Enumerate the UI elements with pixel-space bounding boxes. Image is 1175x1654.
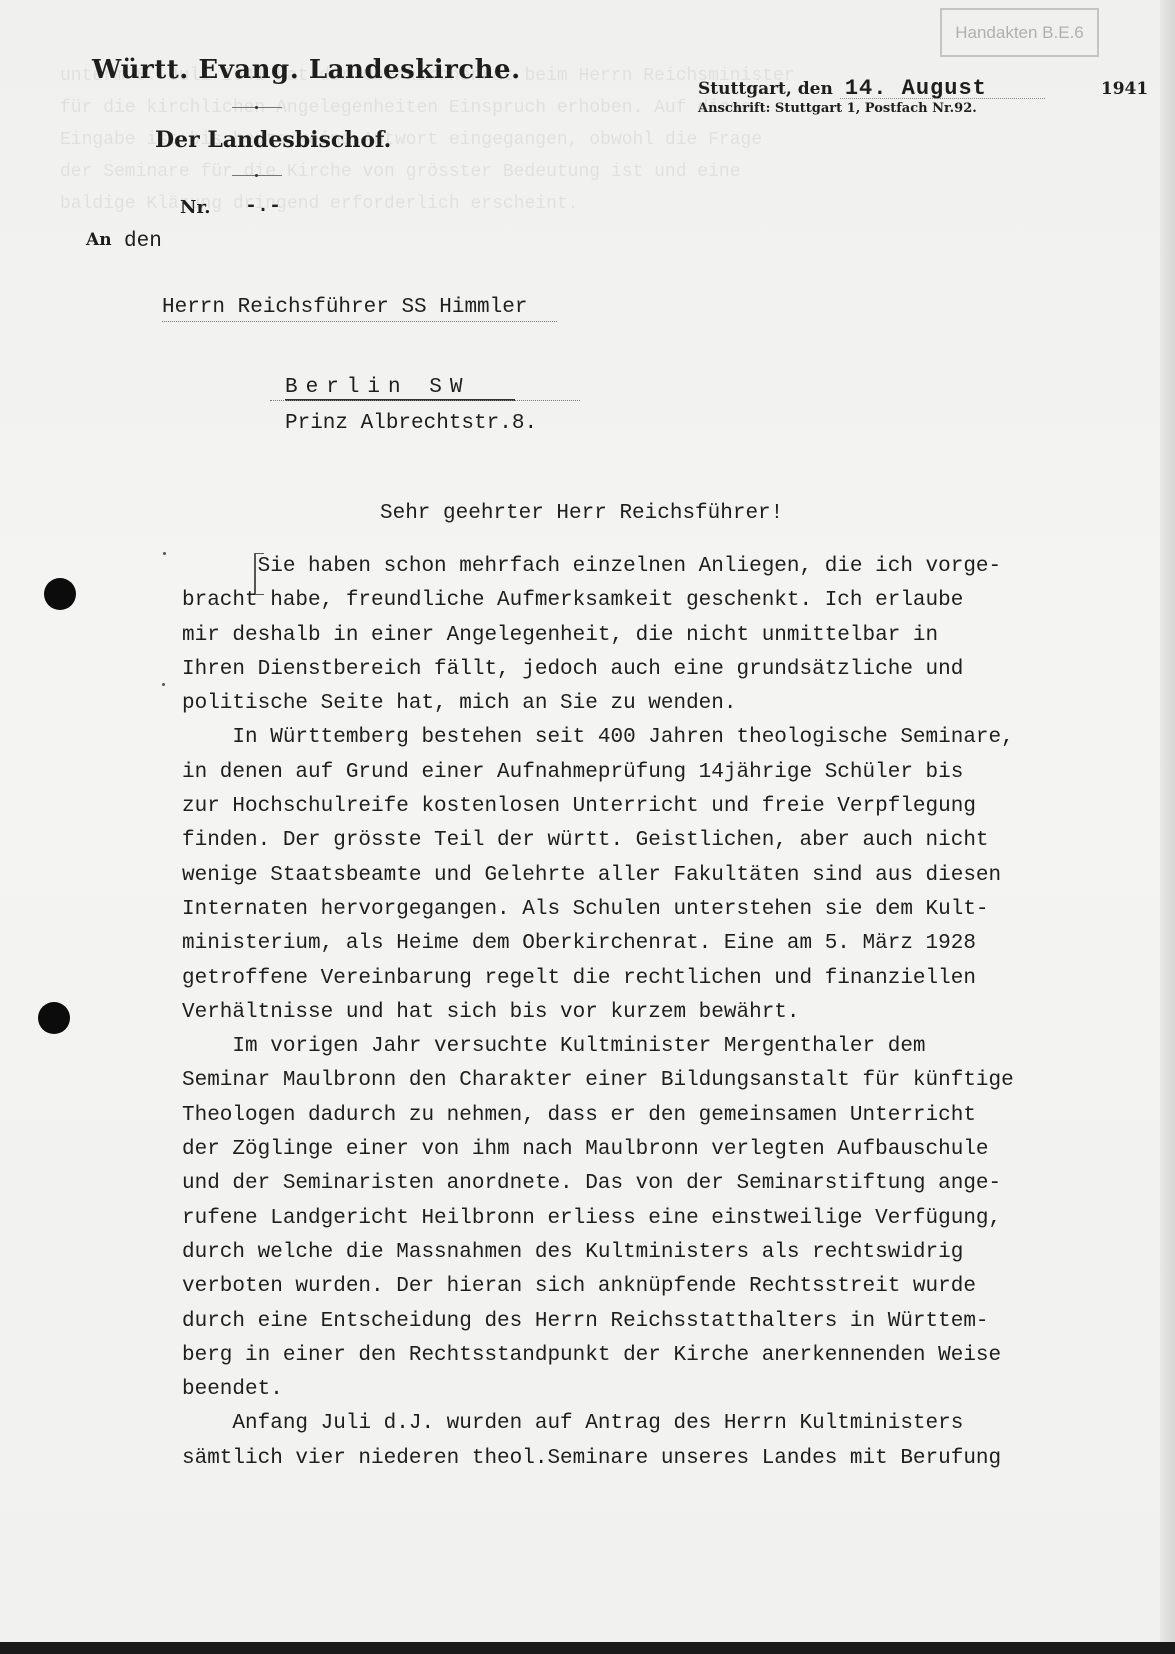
body-line: Sie haben schon mehrfach einzelnen Anlie… xyxy=(182,550,1142,584)
body-line: durch welche die Massnahmen des Kultmini… xyxy=(182,1236,1142,1270)
reference-number-label: Nr. xyxy=(180,197,211,218)
salutation: Sehr geehrter Herr Reichsführer! xyxy=(380,502,783,525)
ink-speck xyxy=(162,683,165,686)
body-line: Seminar Maulbronn den Charakter einer Bi… xyxy=(182,1064,1142,1098)
letter-year: 1941 xyxy=(1101,79,1148,99)
body-line: Im vorigen Jahr versuchte Kultminister M… xyxy=(182,1030,1142,1064)
body-line: mir deshalb in einer Angelegenheit, die … xyxy=(182,619,1142,653)
body-line: wenige Staatsbeamte und Gelehrte aller F… xyxy=(182,859,1142,893)
body-line: und der Seminaristen anordnete. Das von … xyxy=(182,1167,1142,1201)
body-line: bracht habe, freundliche Aufmerksamkeit … xyxy=(182,584,1142,618)
body-line: sämtlich vier niederen theol.Seminare un… xyxy=(182,1442,1142,1476)
body-line: getroffene Vereinbarung regelt die recht… xyxy=(182,962,1142,996)
recipient-street: Prinz Albrechtstr.8. xyxy=(285,412,537,435)
body-line: In Württemberg bestehen seit 400 Jahren … xyxy=(182,721,1142,755)
scan-edge-bottom xyxy=(0,1642,1175,1654)
date-dotted-rule xyxy=(840,98,1045,99)
body-line: rufene Landgericht Heilbronn erliess ein… xyxy=(182,1202,1142,1236)
letterhead-organization: Württ. Evang. Landeskirche. xyxy=(92,55,521,85)
place-label: Stuttgart, den xyxy=(698,79,833,99)
body-line: finden. Der grösste Teil der württ. Geis… xyxy=(182,824,1142,858)
body-line: in denen auf Grund einer Aufnahmeprüfung… xyxy=(182,756,1142,790)
archive-stamp: Handakten B.E.6 xyxy=(940,8,1099,57)
letter-page: unterm 8. Juli 1941 hat der Oberkirchenr… xyxy=(0,0,1160,1642)
body-line: berg in einer den Rechtsstandpunkt der K… xyxy=(182,1339,1142,1373)
body-line: zur Hochschulreife kostenlosen Unterrich… xyxy=(182,790,1142,824)
divider-ornament xyxy=(255,174,258,177)
addressee-article: den xyxy=(124,230,162,253)
postal-address: Anschrift: Stuttgart 1, Postfach Nr.92. xyxy=(698,101,977,116)
punch-hole xyxy=(44,578,76,610)
recipient-city: Berlin SW xyxy=(285,376,515,401)
body-line: verboten wurden. Der hieran sich anknüpf… xyxy=(182,1270,1142,1304)
recipient-name: Herrn Reichsführer SS Himmler xyxy=(162,296,557,322)
reference-number-value: -.- xyxy=(245,195,281,218)
letterhead-office: Der Landesbischof. xyxy=(155,127,391,153)
ink-speck xyxy=(163,552,166,555)
scan-edge-right xyxy=(1160,0,1175,1654)
body-line: Ihren Dienstbereich fällt, jedoch auch e… xyxy=(182,653,1142,687)
city-dotted-rule xyxy=(270,400,580,401)
body-line: Anfang Juli d.J. wurden auf Antrag des H… xyxy=(182,1407,1142,1441)
addressee-prefix: An xyxy=(86,230,112,250)
body-line: politische Seite hat, mich an Sie zu wen… xyxy=(182,687,1142,721)
body-line: der Zöglinge einer von ihm nach Maulbron… xyxy=(182,1133,1142,1167)
body-line: beendet. xyxy=(182,1373,1142,1407)
body-line: Theologen dadurch zu nehmen, dass er den… xyxy=(182,1099,1142,1133)
body-line: Verhältnisse und hat sich bis vor kurzem… xyxy=(182,996,1142,1030)
letter-body: Sie haben schon mehrfach einzelnen Anlie… xyxy=(182,550,1142,1476)
body-line: durch eine Entscheidung des Herrn Reichs… xyxy=(182,1305,1142,1339)
punch-hole xyxy=(38,1002,70,1034)
body-line: Internaten hervorgegangen. Als Schulen u… xyxy=(182,893,1142,927)
divider-ornament xyxy=(255,106,258,109)
body-line: ministerium, als Heime dem Oberkirchenra… xyxy=(182,927,1142,961)
